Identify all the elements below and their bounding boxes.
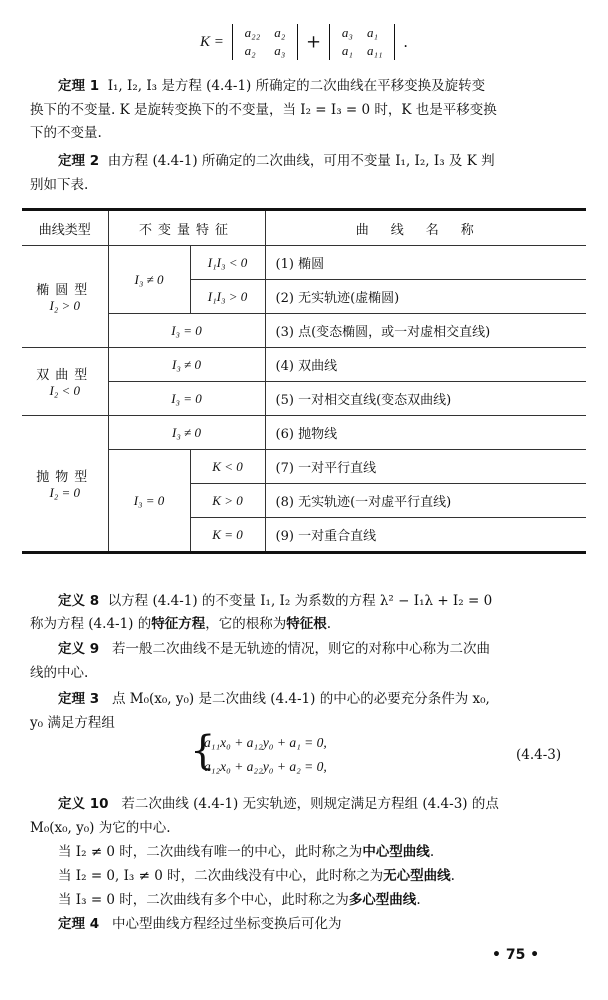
inv2-cell: K = 0 [190,518,265,553]
definition8-line2: 称为方程 (4.4-1) 的特征方程，它的根称为特征根. [30,612,331,632]
type-label: 抛物型 [22,466,108,485]
det2-cell: a₁ [360,24,390,42]
term-central-curve: 中心型曲线 [362,844,430,860]
table-header-row: 曲线类型 不变量特征 曲线名称 [22,210,586,246]
table-row: 抛物型 I₂ = 0 I₃ ≠ 0 (6) 抛物线 [22,416,586,450]
det2-cell: a₁₁ [360,42,390,60]
theorem2-label: 定理 2 [58,153,99,169]
definition10-line2: M₀(x₀, y₀) 为它的中心. [30,816,171,836]
curve-name: (4) 双曲线 [265,348,586,382]
definition9-line1: 定义 9 若一般二次曲线不是无轨迹的情况，则它的对称中心称为二次曲 [58,637,490,657]
theorem2-text: 由方程 (4.4-1) 所确定的二次曲线，可用不变量 I₁, I₂, I₃ 及 … [108,153,495,169]
term-multicentral-curve: 多心型曲线 [349,892,417,908]
theorem3-line2: y₀ 满足方程组 [30,711,115,731]
theorem2-line1: 定理 2 由方程 (4.4-1) 所确定的二次曲线，可用不变量 I₁, I₂, … [58,149,495,169]
theorem3-line1: 定理 3 点 M₀(x₀, y₀) 是二次曲线 (4.4-1) 的中心的必要充分… [58,687,490,707]
curve-name: (8) 无实轨迹(一对虚平行直线) [265,484,586,518]
inv1-cell: I₃ ≠ 0 [108,416,265,450]
curve-name: (1) 椭圆 [265,246,586,280]
equation-1: a₁₁x₀ + a₁₂y₀ + a₁ = 0, [204,735,327,759]
formula-k: K = a₂₂a₂ a₂a₃ + a₃a₁ a₁a₁₁ . [200,24,408,60]
theorem3-text: 点 M₀(x₀, y₀) 是二次曲线 (4.4-1) 的中心的必要充分条件为 x… [112,691,490,707]
theorem1-line1: 定理 1 I₁, I₂, I₃ 是方程 (4.4-1) 所确定的二次曲线在平移变… [58,74,485,94]
case-text: 当 I₃ = 0 时，二次曲线有多个中心，此时称之为 [58,892,349,908]
case-text: 当 I₂ = 0, I₃ ≠ 0 时，二次曲线没有中心，此时称之为 [58,868,383,884]
definition9-text: 若一般二次曲线不是无轨迹的情况，则它的对称中心称为二次曲 [112,641,490,657]
det1-cell: a₂ [238,42,268,60]
formula-k-lhs: K = [200,34,224,50]
type-ellipse: 椭圆型 I₂ > 0 [22,246,108,348]
theorem4-line1: 定理 4 中心型曲线方程经过坐标变换后可化为 [58,912,341,932]
header-type: 曲线类型 [22,210,108,246]
definition9-line2: 线的中心. [30,661,88,681]
case-text: . [451,868,455,884]
inv1-cell: I₃ = 0 [108,450,190,553]
type-label: 双曲型 [22,364,108,383]
curve-name: (6) 抛物线 [265,416,586,450]
case-noncentral: 当 I₂ = 0, I₃ ≠ 0 时，二次曲线没有中心，此时称之为无心型曲线. [58,864,455,884]
equation-system: { a₁₁x₀ + a₁₂y₀ + a₁ = 0, a₁₂x₀ + a₂₂y₀ … [204,735,327,775]
case-text: 当 I₂ ≠ 0 时，二次曲线有唯一的中心，此时称之为 [58,844,362,860]
definition8-text: ，它的根称为 [205,616,286,632]
type-condition: I₂ < 0 [22,383,108,399]
curve-name: (3) 点(变态椭圆，或一对虚相交直线) [265,314,586,348]
theorem1-line2: 换下的不变量. K 是旋转变换下的不变量，当 I₂ = I₃ = 0 时，K 也… [30,98,497,118]
inv2-cell: I₁I₃ > 0 [190,280,265,314]
theorem2-line2: 别如下表. [30,173,88,193]
page-number: • 75 • [492,947,539,963]
definition8-text: 以方程 (4.4-1) 的不变量 I₁, I₂ 为系数的方程 λ² − I₁λ … [108,593,492,609]
header-name: 曲线名称 [265,210,586,246]
curve-name: (9) 一对重合直线 [265,518,586,553]
definition8-line1: 定义 8 以方程 (4.4-1) 的不变量 I₁, I₂ 为系数的方程 λ² −… [58,589,492,609]
equation-2: a₁₂x₀ + a₂₂y₀ + a₂ = 0, [204,759,327,775]
curve-name: (2) 无实轨迹(虚椭圆) [265,280,586,314]
definition9-label: 定义 9 [58,641,99,657]
curve-name: (7) 一对平行直线 [265,450,586,484]
inv2-cell: I₁I₃ < 0 [190,246,265,280]
det1-cell: a₂ [267,24,292,42]
definition10-label: 定义 10 [58,796,109,812]
determinant-1: a₂₂a₂ a₂a₃ [232,24,299,60]
term-noncentral-curve: 无心型曲线 [383,868,451,884]
determinant-2: a₃a₁ a₁a₁₁ [329,24,396,60]
definition8-text: . [327,616,331,632]
definition10-text: 若二次曲线 (4.4-1) 无实轨迹，则规定满足方程组 (4.4-3) 的点 [121,796,498,812]
case-text: . [416,892,420,908]
inv2-cell: K > 0 [190,484,265,518]
theorem1-text: I₁, I₂, I₃ 是方程 (4.4-1) 所确定的二次曲线在平移变换及旋转变 [108,78,485,94]
formula-end: . [403,33,408,51]
type-label: 椭圆型 [22,279,108,298]
definition8-text: 称为方程 (4.4-1) 的 [30,616,151,632]
term-characteristic-equation: 特征方程 [151,616,205,632]
inv1-cell: I₃ = 0 [108,314,265,348]
header-invariant: 不变量特征 [108,210,265,246]
theorem4-text: 中心型曲线方程经过坐标变换后可化为 [112,916,342,932]
type-hyperbola: 双曲型 I₂ < 0 [22,348,108,416]
definition8-label: 定义 8 [58,593,99,609]
theorem4-label: 定理 4 [58,916,99,932]
theorem3-label: 定理 3 [58,691,99,707]
plus-sign: + [306,32,321,53]
type-parabola: 抛物型 I₂ = 0 [22,416,108,553]
definition10-line1: 定义 10 若二次曲线 (4.4-1) 无实轨迹，则规定满足方程组 (4.4-3… [58,792,499,812]
equation-number: (4.4-3) [516,747,561,763]
type-condition: I₂ = 0 [22,485,108,501]
det1-cell: a₃ [267,42,292,60]
curve-name: (5) 一对相交直线(变态双曲线) [265,382,586,416]
left-brace: { [190,731,215,771]
table-row: 双曲型 I₂ < 0 I₃ ≠ 0 (4) 双曲线 [22,348,586,382]
case-multicentral: 当 I₃ = 0 时，二次曲线有多个中心，此时称之为多心型曲线. [58,888,421,908]
theorem1-label: 定理 1 [58,78,99,94]
det2-cell: a₁ [335,42,360,60]
inv1-cell: I₃ ≠ 0 [108,348,265,382]
theorem1-line3: 下的不变量. [30,121,102,141]
table-row: 椭圆型 I₂ > 0 I₃ ≠ 0 I₁I₃ < 0 (1) 椭圆 [22,246,586,280]
inv1-cell: I₃ ≠ 0 [108,246,190,314]
inv1-cell: I₃ = 0 [108,382,265,416]
case-text: . [430,844,434,860]
term-characteristic-root: 特征根 [286,616,327,632]
det2-cell: a₃ [335,24,360,42]
classification-table: 曲线类型 不变量特征 曲线名称 椭圆型 I₂ > 0 I₃ ≠ 0 I₁I₃ <… [22,208,586,554]
det1-cell: a₂₂ [238,24,268,42]
case-central: 当 I₂ ≠ 0 时，二次曲线有唯一的中心，此时称之为中心型曲线. [58,840,434,860]
inv2-cell: K < 0 [190,450,265,484]
type-condition: I₂ > 0 [22,298,108,314]
